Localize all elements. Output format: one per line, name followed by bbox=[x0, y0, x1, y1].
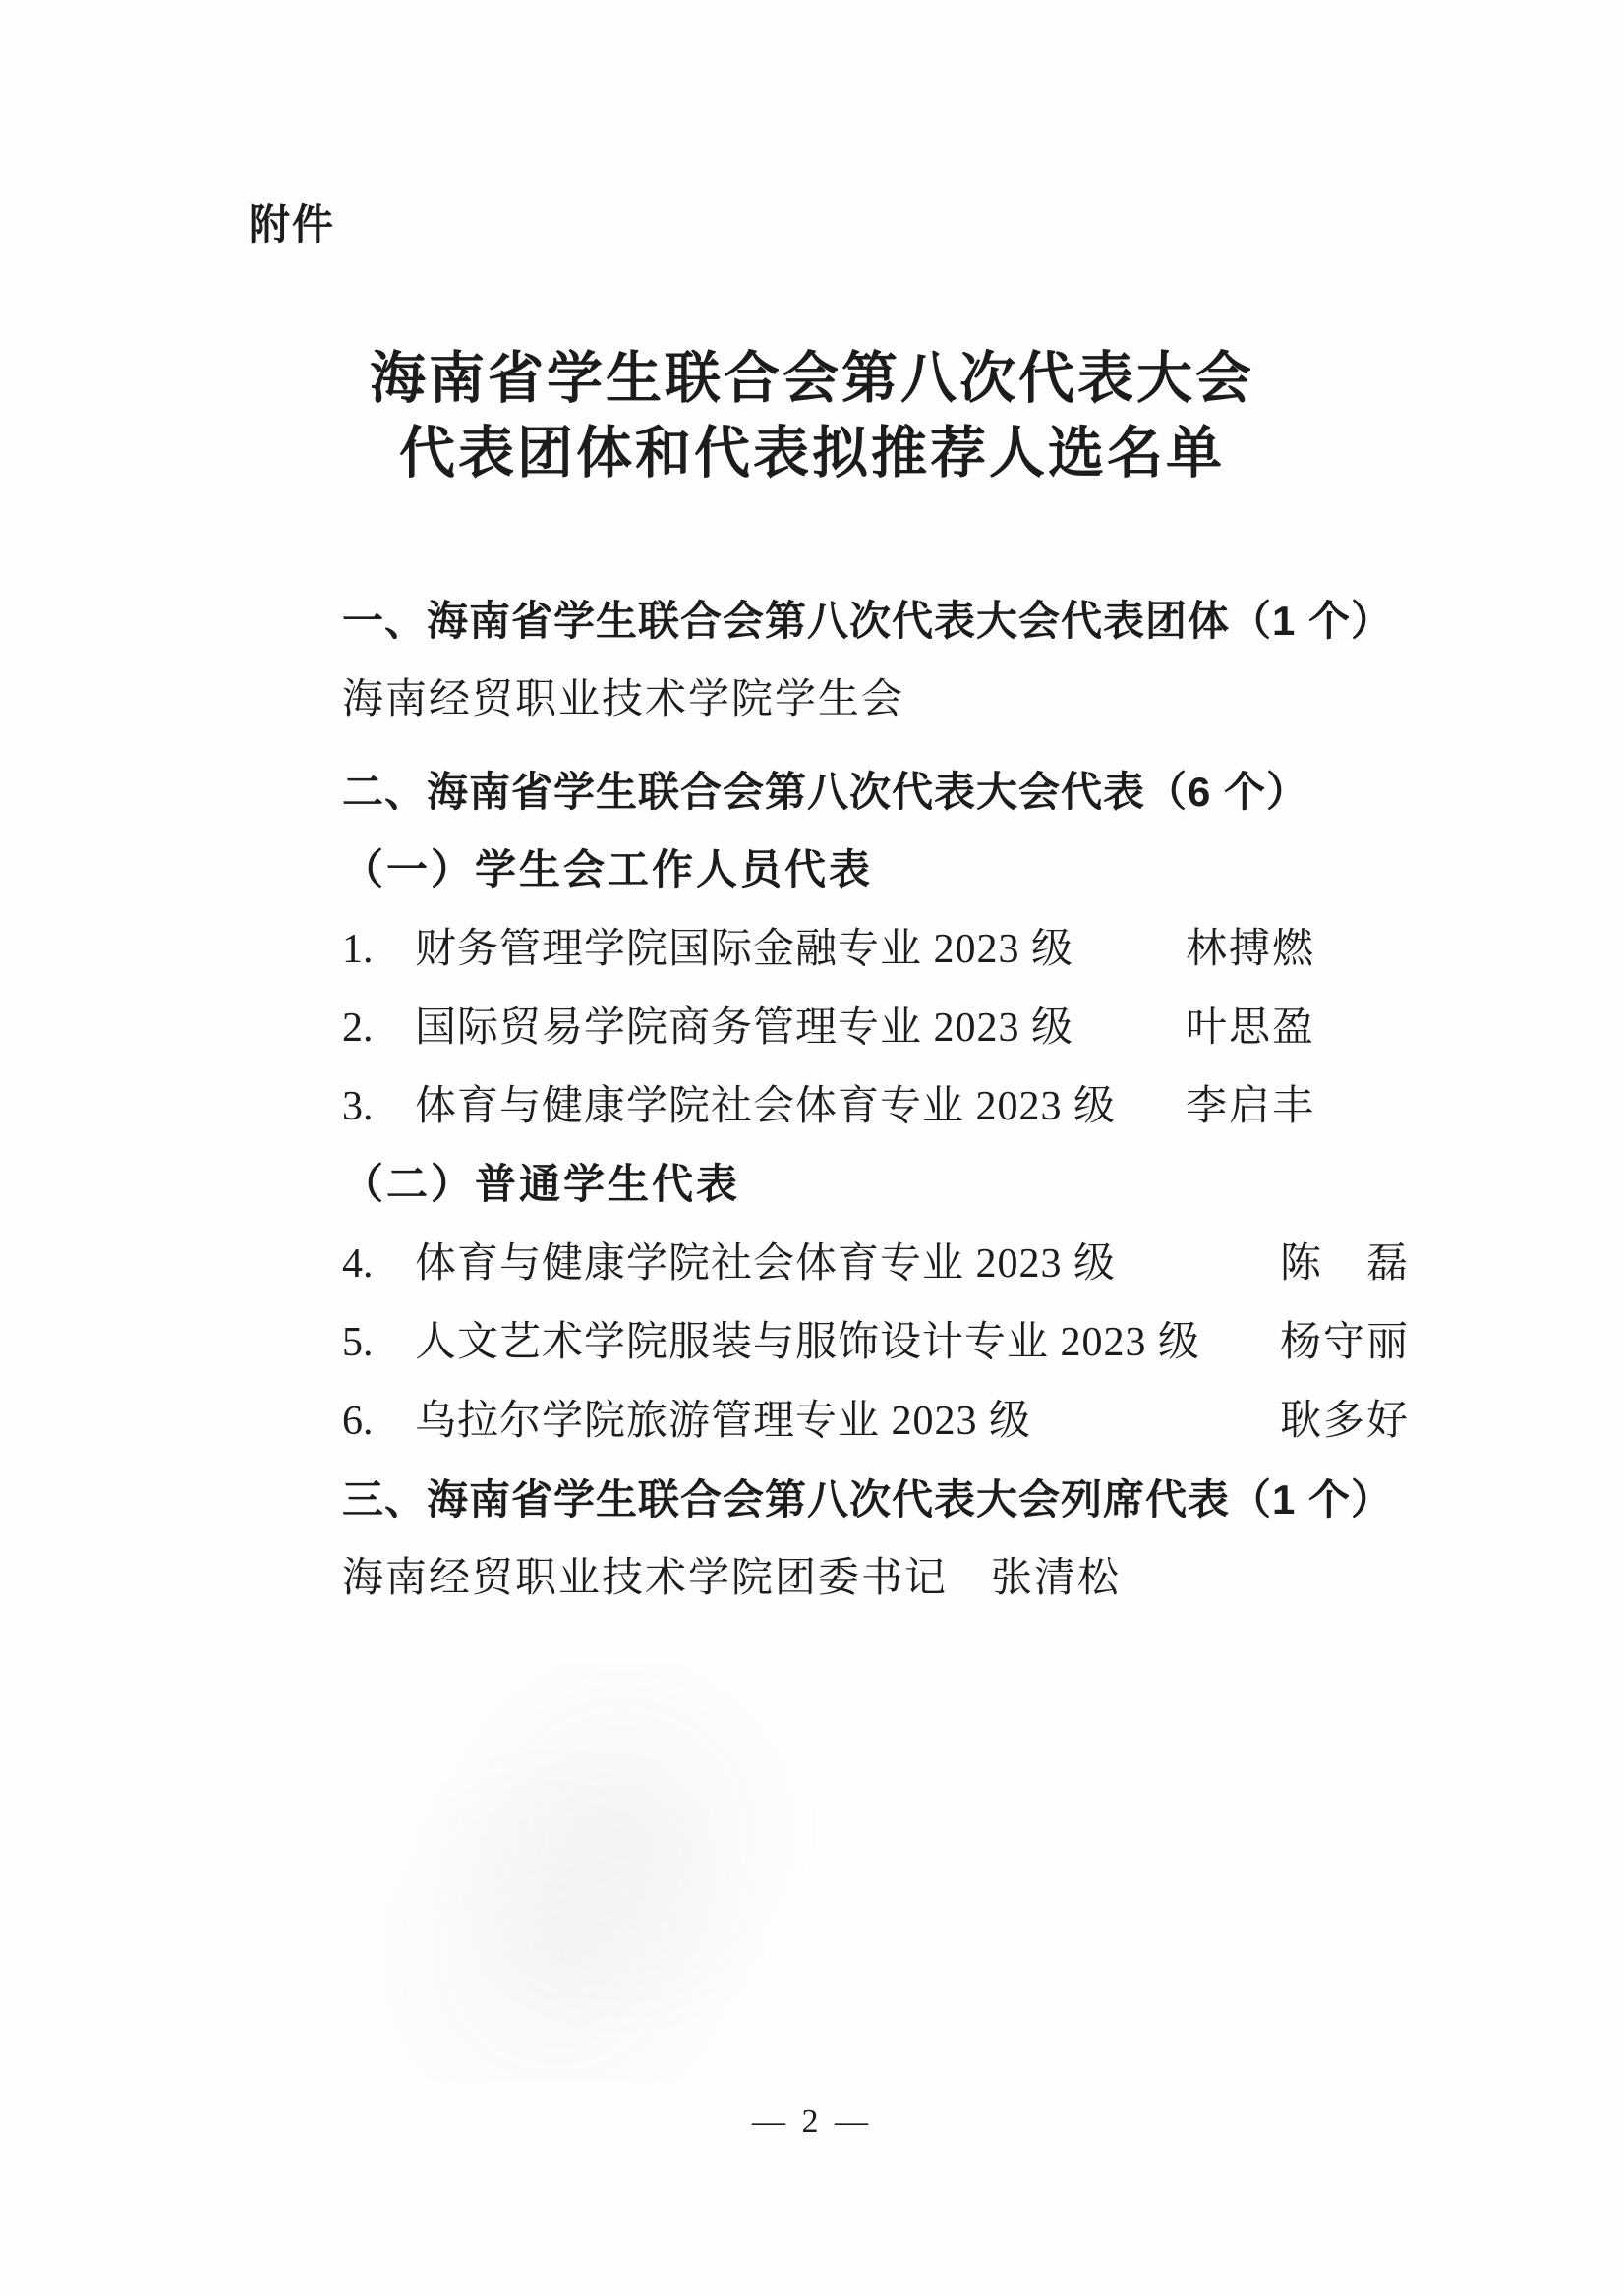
row-desc: 乌拉尔学院旅游管理专业 2023 级 bbox=[415, 1382, 1031, 1461]
section-3-body: 海南经贸职业技术学院团委书记 张清松 bbox=[342, 1539, 1410, 1618]
row-number: 2. bbox=[342, 989, 415, 1067]
faint-stamp-smudge bbox=[383, 1661, 816, 2084]
subsection-1-heading: （一）学生会工作人员代表 bbox=[342, 832, 1410, 910]
row-name: 李启丰 bbox=[1186, 1067, 1315, 1146]
section-2-heading: 二、海南省学生联合会第八次代表大会代表（6 个） bbox=[342, 753, 1410, 832]
row-number: 5. bbox=[342, 1303, 415, 1382]
row-desc: 财务管理学院国际金融专业 2023 级 bbox=[415, 910, 1073, 989]
delegate-row-1: 1. 财务管理学院国际金融专业 2023 级 林搏燃 bbox=[342, 910, 1410, 989]
row-number: 4. bbox=[342, 1225, 415, 1303]
document-title: 海南省学生联合会第八次代表大会 代表团体和代表拟推荐人选名单 bbox=[0, 342, 1624, 491]
delegate-row-2: 2. 国际贸易学院商务管理专业 2023 级 叶思盈 bbox=[342, 989, 1410, 1067]
row-desc: 国际贸易学院商务管理专业 2023 级 bbox=[415, 989, 1073, 1067]
section-3-heading: 三、海南省学生联合会第八次代表大会列席代表（1 个） bbox=[342, 1461, 1410, 1539]
delegate-row-3: 3. 体育与健康学院社会体育专业 2023 级 李启丰 bbox=[342, 1067, 1410, 1146]
row-number: 6. bbox=[342, 1382, 415, 1461]
row-desc: 人文艺术学院服装与服饰设计专业 2023 级 bbox=[415, 1303, 1200, 1382]
row-name: 叶思盈 bbox=[1186, 989, 1315, 1067]
row-name: 林搏燃 bbox=[1186, 910, 1315, 989]
delegate-row-5: 5. 人文艺术学院服装与服饰设计专业 2023 级 杨守丽 bbox=[342, 1303, 1410, 1382]
row-desc: 体育与健康学院社会体育专业 2023 级 bbox=[415, 1067, 1116, 1146]
row-name: 陈 磊 bbox=[1280, 1225, 1410, 1303]
row-number: 3. bbox=[342, 1067, 415, 1146]
row-name: 耿多好 bbox=[1280, 1382, 1410, 1461]
page-number: — 2 — bbox=[0, 2103, 1624, 2141]
section-1-heading: 一、海南省学生联合会第八次代表大会代表团体（1 个） bbox=[342, 582, 1410, 660]
document-body: 一、海南省学生联合会第八次代表大会代表团体（1 个） 海南经贸职业技术学院学生会… bbox=[342, 582, 1410, 1618]
subsection-2-heading: （二）普通学生代表 bbox=[342, 1146, 1410, 1225]
delegate-row-4: 4. 体育与健康学院社会体育专业 2023 级 陈 磊 bbox=[342, 1225, 1410, 1303]
document-title-line-2: 代表团体和代表拟推荐人选名单 bbox=[0, 417, 1624, 491]
delegate-row-6: 6. 乌拉尔学院旅游管理专业 2023 级 耿多好 bbox=[342, 1382, 1410, 1461]
attachment-label: 附件 bbox=[249, 193, 335, 252]
scanned-document-page: 附件 海南省学生联合会第八次代表大会 代表团体和代表拟推荐人选名单 一、海南省学… bbox=[0, 0, 1624, 2296]
row-name: 杨守丽 bbox=[1280, 1303, 1410, 1382]
row-number: 1. bbox=[342, 910, 415, 989]
row-desc: 体育与健康学院社会体育专业 2023 级 bbox=[415, 1225, 1116, 1303]
document-title-line-1: 海南省学生联合会第八次代表大会 bbox=[0, 342, 1624, 417]
section-1-body: 海南经贸职业技术学院学生会 bbox=[342, 660, 1410, 739]
